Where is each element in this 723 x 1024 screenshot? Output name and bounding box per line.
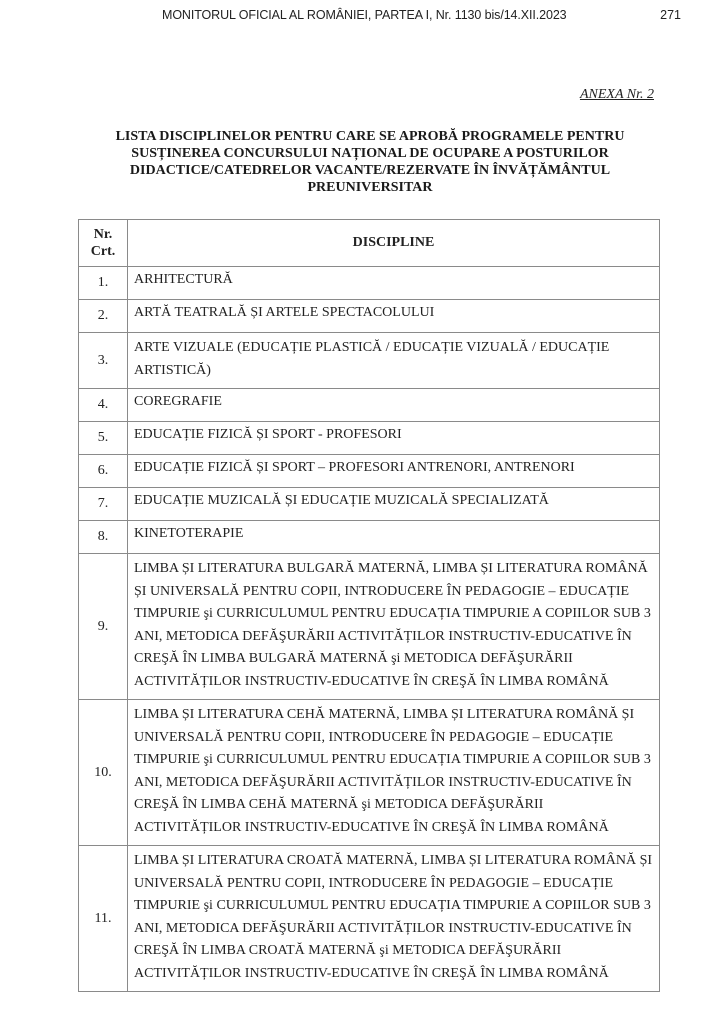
table-row: 8.KINETOTERAPIE bbox=[79, 521, 660, 554]
page-number: 271 bbox=[660, 8, 681, 22]
discipline-name: LIMBA ȘI LITERATURA CROATĂ MATERNĂ, LIMB… bbox=[128, 846, 660, 992]
table-row: 9.LIMBA ȘI LITERATURA BULGARĂ MATERNĂ, L… bbox=[79, 554, 660, 700]
table-row: 2.ARTĂ TEATRALĂ ȘI ARTELE SPECTACOLULUI bbox=[79, 300, 660, 333]
row-number: 9. bbox=[79, 554, 128, 700]
disciplines-table: Nr.Crt. DISCIPLINE 1.ARHITECTURĂ2.ARTĂ T… bbox=[78, 219, 660, 992]
discipline-name: LIMBA ȘI LITERATURA CEHĂ MATERNĂ, LIMBA … bbox=[128, 700, 660, 846]
row-number: 5. bbox=[79, 422, 128, 455]
row-number: 7. bbox=[79, 488, 128, 521]
row-number: 10. bbox=[79, 700, 128, 846]
discipline-name: COREGRAFIE bbox=[128, 389, 660, 422]
document-title: LISTA DISCIPLINELOR PENTRU CARE SE APROB… bbox=[80, 128, 660, 196]
discipline-name: EDUCAȚIE FIZICĂ ȘI SPORT – PROFESORI ANT… bbox=[128, 455, 660, 488]
table-row: 4.COREGRAFIE bbox=[79, 389, 660, 422]
discipline-name: KINETOTERAPIE bbox=[128, 521, 660, 554]
discipline-name: EDUCAȚIE MUZICALĂ ȘI EDUCAȚIE MUZICALĂ S… bbox=[128, 488, 660, 521]
table-row: 10.LIMBA ȘI LITERATURA CEHĂ MATERNĂ, LIM… bbox=[79, 700, 660, 846]
table-row: 11.LIMBA ȘI LITERATURA CROATĂ MATERNĂ, L… bbox=[79, 846, 660, 992]
row-number: 2. bbox=[79, 300, 128, 333]
table-row: 7.EDUCAȚIE MUZICALĂ ȘI EDUCAȚIE MUZICALĂ… bbox=[79, 488, 660, 521]
row-number: 1. bbox=[79, 267, 128, 300]
running-header: MONITORUL OFICIAL AL ROMÂNIEI, PARTEA I,… bbox=[0, 6, 723, 26]
row-number: 6. bbox=[79, 455, 128, 488]
row-number: 3. bbox=[79, 333, 128, 389]
row-number: 8. bbox=[79, 521, 128, 554]
discipline-name: ARTĂ TEATRALĂ ȘI ARTELE SPECTACOLULUI bbox=[128, 300, 660, 333]
discipline-name: ARTE VIZUALE (EDUCAȚIE PLASTICĂ / EDUCAȚ… bbox=[128, 333, 660, 389]
annex-label: ANEXA Nr. 2 bbox=[580, 87, 654, 103]
header-nr-crt: Nr.Crt. bbox=[79, 220, 128, 267]
row-number: 11. bbox=[79, 846, 128, 992]
row-number: 4. bbox=[79, 389, 128, 422]
table-body: 1.ARHITECTURĂ2.ARTĂ TEATRALĂ ȘI ARTELE S… bbox=[79, 267, 660, 992]
discipline-name: EDUCAȚIE FIZICĂ ȘI SPORT - PROFESORI bbox=[128, 422, 660, 455]
table-row: 3.ARTE VIZUALE (EDUCAȚIE PLASTICĂ / EDUC… bbox=[79, 333, 660, 389]
publication-title: MONITORUL OFICIAL AL ROMÂNIEI, PARTEA I,… bbox=[162, 8, 567, 22]
table-row: 5.EDUCAȚIE FIZICĂ ȘI SPORT - PROFESORI bbox=[79, 422, 660, 455]
table-header-row: Nr.Crt. DISCIPLINE bbox=[79, 220, 660, 267]
table-row: 6.EDUCAȚIE FIZICĂ ȘI SPORT – PROFESORI A… bbox=[79, 455, 660, 488]
discipline-name: LIMBA ȘI LITERATURA BULGARĂ MATERNĂ, LIM… bbox=[128, 554, 660, 700]
discipline-name: ARHITECTURĂ bbox=[128, 267, 660, 300]
table-row: 1.ARHITECTURĂ bbox=[79, 267, 660, 300]
header-discipline: DISCIPLINE bbox=[128, 220, 660, 267]
